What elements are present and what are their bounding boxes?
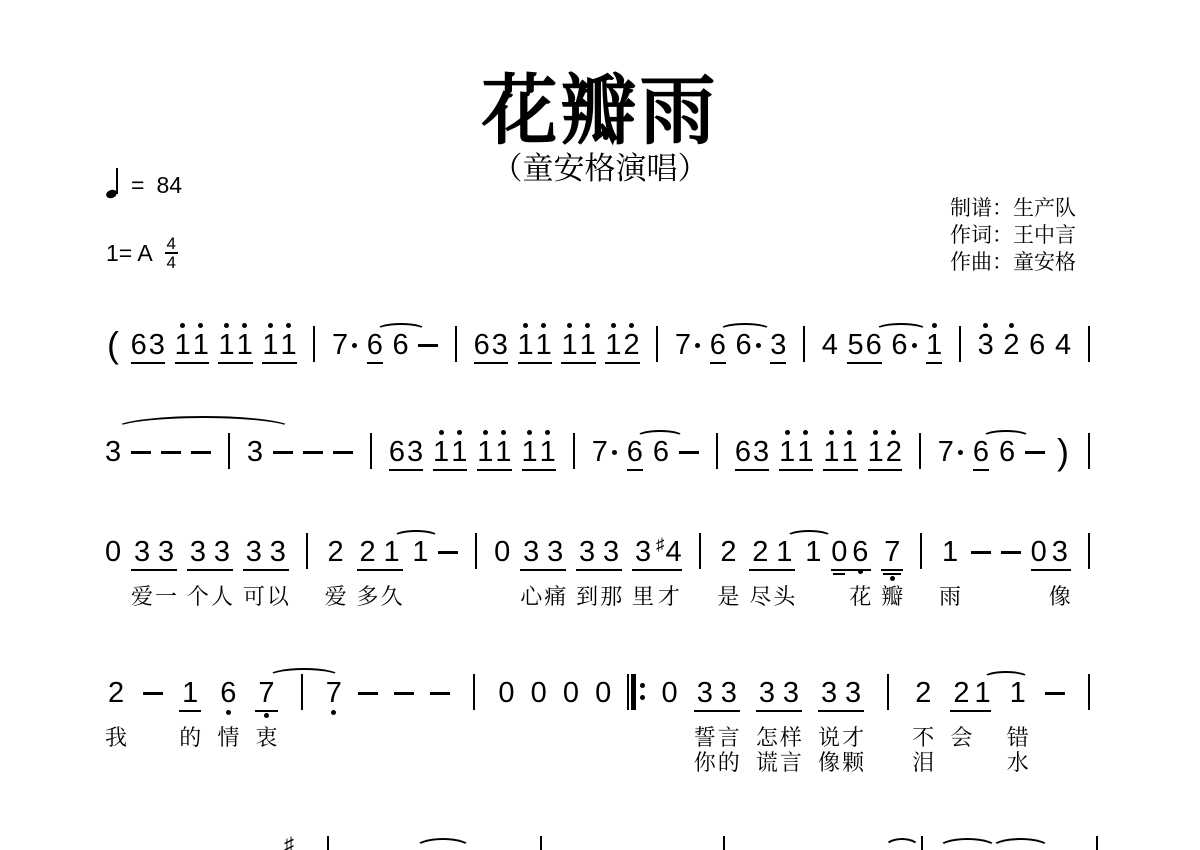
octave-up-dot [585, 323, 590, 328]
note: 3样言 [779, 670, 803, 775]
beam-line [576, 569, 622, 571]
augmentation-dot [912, 343, 917, 348]
octave-up-dot [611, 323, 616, 328]
barline [467, 529, 485, 579]
barline [795, 322, 813, 372]
note: 1 [535, 322, 553, 372]
barline-mark [716, 433, 718, 469]
tempo-marking: = 84 [106, 168, 182, 198]
note: 6 [709, 322, 727, 372]
rest: 0 [104, 529, 122, 579]
barline [305, 322, 323, 372]
beam-group: 3怎谎3样言 [755, 670, 803, 775]
lyric: 情 [217, 725, 239, 750]
lyric-line2: 言 [780, 750, 802, 775]
lyric-line2: 水 [1007, 750, 1029, 775]
beam-group: 11 [476, 429, 512, 479]
note: 3 [491, 322, 509, 372]
note: 6 [998, 429, 1016, 479]
beam-line [950, 710, 990, 712]
quarter-note-icon [106, 168, 119, 198]
beam-line [561, 362, 595, 364]
lyric: 瓣 [881, 584, 903, 609]
note: 3才颗 [841, 670, 865, 775]
note: 7衷 [254, 670, 278, 750]
duration-dash [437, 529, 459, 579]
note: 7瓣 [880, 529, 904, 609]
octave-down-dot [890, 576, 895, 581]
dash-mark [430, 692, 450, 695]
beam-group: 2多1久 [356, 529, 404, 609]
duration-dash [1024, 429, 1046, 479]
key-label: 1= A [106, 240, 153, 267]
barline-mark [887, 674, 889, 710]
repeat-start-sign [626, 670, 646, 720]
note: 6 [652, 429, 670, 479]
barline [691, 529, 709, 579]
note: 2不泪 [911, 670, 935, 775]
lyric: 里 [632, 584, 654, 609]
partial-barline [723, 836, 725, 850]
credit-lyricist: 作词：王中言 [950, 222, 1076, 249]
beam-line [367, 362, 383, 364]
time-signature-top: 4 [166, 236, 175, 251]
duration-dash [357, 670, 379, 720]
octave-up-dot [803, 430, 808, 435]
note: 3 [977, 322, 995, 372]
octave-up-dot [847, 430, 852, 435]
note: 5 [846, 322, 864, 372]
note: 2 [885, 429, 903, 479]
octave-up-dot [527, 430, 532, 435]
lyric: 才 [842, 725, 864, 750]
note: 3 [246, 429, 264, 479]
note: 6 [734, 322, 761, 372]
lyric: 爱 [131, 584, 153, 609]
note: 7 [674, 322, 701, 372]
tempo-equals: = [131, 172, 144, 198]
beam-group: 03像 [1030, 529, 1072, 609]
note: 1 [517, 322, 535, 372]
beam-group: 3誓你3言的 [693, 670, 741, 775]
note: 1 [539, 429, 557, 479]
note: 7 [937, 429, 964, 479]
note: 6 [366, 322, 384, 372]
note: 1 [604, 322, 622, 372]
augmentation-dot [695, 343, 700, 348]
lyric: 我 [105, 725, 127, 750]
note: 7 [325, 670, 343, 720]
beam-line [474, 362, 508, 364]
lyric: 以 [267, 584, 289, 609]
beam-line [243, 569, 289, 571]
lyric: 多 [357, 584, 379, 609]
note: 1 [411, 529, 429, 579]
lyric: 言 [718, 725, 740, 750]
beam-group: 3说像3才颗 [817, 670, 865, 775]
beam-group: 63 [388, 429, 424, 479]
note: 6情 [216, 670, 240, 750]
octave-up-dot [567, 323, 572, 328]
note: 3言的 [717, 670, 741, 775]
time-signature: 4 4 [165, 236, 178, 270]
octave-up-dot [242, 323, 247, 328]
octave-up-dot [545, 430, 550, 435]
lyric: 雨 [939, 584, 961, 609]
note: 1 [432, 429, 450, 479]
barline [1080, 529, 1098, 579]
rest: 0 [530, 670, 548, 720]
rest: 0 [562, 670, 580, 720]
note: 1 [560, 322, 578, 372]
note: 1 [280, 322, 298, 372]
dash-mark [303, 451, 323, 454]
beam-group: 3里♯4才 [631, 529, 683, 609]
note: 6 [473, 322, 491, 372]
beam-line [179, 710, 201, 712]
duration-dash [1000, 529, 1022, 579]
beam-group: 3到3那 [575, 529, 623, 609]
note: 6 [734, 429, 752, 479]
score-line-3: 03爱3一3个3人3可3以2爱2多1久103心3痛3到3那3里♯4才2是2尽1头… [104, 529, 1098, 609]
barline-mark [803, 326, 805, 362]
beam-line [926, 362, 942, 364]
beam-line [770, 362, 786, 364]
credit-arranger: 制谱：生产队 [950, 195, 1076, 222]
note: 1错水 [1006, 670, 1030, 775]
beam-line [218, 362, 252, 364]
lyric: 久 [381, 584, 403, 609]
barline-mark [313, 326, 315, 362]
beam-line [756, 710, 802, 712]
octave-up-dot [1009, 323, 1014, 328]
octave-up-dot [983, 323, 988, 328]
lyric-line2: 颗 [842, 750, 864, 775]
credits: 制谱：生产队 作词：王中言 作曲：童安格 [950, 195, 1076, 276]
partial-tie-arc [938, 838, 997, 850]
dash-mark [1025, 451, 1045, 454]
note: 1 [796, 429, 814, 479]
barline-mark [370, 433, 372, 469]
octave-up-dot [198, 323, 203, 328]
note: 4 [821, 322, 839, 372]
dash-mark [273, 451, 293, 454]
beam-group: 3心3痛 [519, 529, 567, 609]
dash-mark [333, 451, 353, 454]
note: 6 [626, 429, 644, 479]
barline-mark [473, 674, 475, 710]
note: 3 [752, 429, 770, 479]
partial-tie-arc [991, 838, 1050, 850]
lyric: 说 [818, 725, 840, 750]
duration-dash [417, 322, 439, 372]
parenthesis: ) [1054, 429, 1072, 479]
beam-line [131, 362, 165, 364]
barline [648, 322, 666, 372]
beam-group: 06花 [830, 529, 872, 609]
note: 3 [769, 322, 787, 372]
barline [447, 322, 465, 372]
beam-line [847, 362, 881, 364]
note: 6 [972, 429, 990, 479]
beam-line [823, 469, 857, 471]
lyric: 头 [773, 584, 795, 609]
beam-line [831, 569, 871, 571]
barline-mark [455, 326, 457, 362]
beam-line [433, 469, 467, 471]
augmentation-dot [352, 343, 357, 348]
octave-up-dot [501, 430, 506, 435]
note: 2爱 [324, 529, 348, 609]
octave-up-dot [873, 430, 878, 435]
note: 1 [450, 429, 468, 479]
dash-mark [131, 451, 151, 454]
note: 6 [130, 322, 148, 372]
barline [1080, 322, 1098, 372]
beam-line [522, 469, 556, 471]
octave-up-dot [457, 430, 462, 435]
dash-mark [1045, 692, 1065, 695]
rest: 0 [661, 670, 679, 720]
note: 3 [148, 322, 166, 372]
note: 1 [476, 429, 494, 479]
beam-line-2 [883, 573, 901, 575]
barline [879, 670, 897, 720]
beam-group: 12 [604, 322, 640, 372]
barline-mark [1088, 433, 1090, 469]
note: 7 [591, 429, 618, 479]
barline-mark [919, 433, 921, 469]
score-line-4: 2我1的6情7衷7000003誓你3言的3怎谎3样言3说像3才颗2不泪2会11错… [104, 670, 1098, 775]
octave-up-dot [439, 430, 444, 435]
beam-line [262, 362, 296, 364]
dash-mark [1001, 551, 1021, 554]
beam-line [255, 710, 277, 712]
beam-line [357, 569, 403, 571]
note: 1 [174, 322, 192, 372]
octave-up-dot [268, 323, 273, 328]
note: 3 [104, 429, 122, 479]
note: 1 [236, 322, 254, 372]
barline [298, 529, 316, 579]
lyric: 到 [576, 584, 598, 609]
beam-line [710, 362, 726, 364]
dash-mark [161, 451, 181, 454]
beam-group: 11 [432, 429, 468, 479]
lyric: 样 [780, 725, 802, 750]
duration-dash [393, 670, 415, 720]
duration-dash [1044, 670, 1066, 720]
barline-mark [228, 433, 230, 469]
beam-line [973, 469, 989, 471]
note: 3怎谎 [755, 670, 779, 775]
credit-composer: 作曲：童安格 [950, 249, 1076, 276]
octave-up-dot [224, 323, 229, 328]
beam-group: 11 [517, 322, 553, 372]
note: 1 [867, 429, 885, 479]
key-signature: 1= A 4 4 [106, 236, 178, 270]
rest: 0 [594, 670, 612, 720]
note: 1 [521, 429, 539, 479]
beam-group: 11 [778, 429, 814, 479]
sharp-icon: ♯ [656, 535, 665, 555]
lyric: 誓 [694, 725, 716, 750]
note: 6 [392, 322, 410, 372]
dash-mark [394, 692, 414, 695]
dash-mark [438, 551, 458, 554]
partial-tie-arc [884, 838, 920, 850]
note: 1 [822, 429, 840, 479]
dash-mark [191, 451, 211, 454]
beam-group: 63 [473, 322, 509, 372]
lyric: 才 [658, 584, 680, 609]
rest: 0 [497, 670, 515, 720]
note: 4 [1054, 322, 1072, 372]
note: 1 [494, 429, 512, 479]
lyric: 爱 [325, 584, 347, 609]
lyric-line2: 像 [818, 750, 840, 775]
note: 7 [331, 322, 358, 372]
dash-mark [418, 344, 438, 347]
note: 1 [192, 322, 210, 372]
barline-mark [306, 533, 308, 569]
note: 1 [261, 322, 279, 372]
lyric-line2: 谎 [756, 750, 778, 775]
beam-line [694, 710, 740, 712]
barline [708, 429, 726, 479]
beam-line [1031, 569, 1071, 571]
beam-group: 63 [734, 429, 770, 479]
barline [1080, 429, 1098, 479]
duration-dash [429, 670, 451, 720]
note: 1雨 [938, 529, 962, 609]
barline [1080, 670, 1098, 720]
beam-group: 2会1 [949, 670, 991, 750]
octave-down-dot [226, 710, 231, 715]
partial-tie-arc [415, 838, 471, 850]
note: 1 [841, 429, 859, 479]
barline [220, 429, 238, 479]
beam-line [749, 569, 795, 571]
dash-mark [971, 551, 991, 554]
barline [293, 670, 311, 720]
beam-line [818, 710, 864, 712]
beam-line [131, 569, 177, 571]
partial-barline [327, 836, 329, 850]
barline-mark [699, 533, 701, 569]
beam-group: 11 [261, 322, 297, 372]
octave-up-dot [829, 430, 834, 435]
lyric: 心 [520, 584, 542, 609]
beam-group: 11 [560, 322, 596, 372]
note: 1 [579, 322, 597, 372]
beam-group: 11 [521, 429, 557, 479]
octave-down-dot [331, 710, 336, 715]
partial-sharp-icon: ♯ [284, 834, 294, 850]
duration-dash [678, 429, 700, 479]
beam-group: 3爱3一 [130, 529, 178, 609]
note: 1 [804, 529, 822, 579]
beam-group: 3个3人 [186, 529, 234, 609]
duration-dash [970, 529, 992, 579]
beam-group: 11 [217, 322, 253, 372]
barline-mark [920, 533, 922, 569]
lyric: 是 [717, 584, 739, 609]
beam-line [187, 569, 233, 571]
note: 3说像 [817, 670, 841, 775]
note: 1 [925, 322, 943, 372]
barline-mark [1088, 326, 1090, 362]
beam-line [881, 569, 903, 571]
beam-group: 2尽1头 [748, 529, 796, 609]
octave-up-dot [629, 323, 634, 328]
beam-group: 56 [846, 322, 882, 372]
note: 6 [890, 322, 917, 372]
augmentation-dot [612, 450, 617, 455]
note: 2是 [716, 529, 740, 609]
lyric: 错 [1007, 725, 1029, 750]
barline-mark [573, 433, 575, 469]
barline [912, 529, 930, 579]
beam-line [389, 469, 423, 471]
beam-line [632, 569, 682, 571]
duration-dash [302, 429, 324, 479]
note: 6 [865, 322, 883, 372]
augmentation-dot [756, 343, 761, 348]
note: 2 [1002, 322, 1020, 372]
rest: 0 [493, 529, 511, 579]
note: 3誓你 [693, 670, 717, 775]
octave-down-dot [264, 713, 269, 718]
barline-mark [959, 326, 961, 362]
barline-mark [301, 674, 303, 710]
partial-barline [921, 836, 923, 850]
octave-up-dot [286, 323, 291, 328]
time-signature-bottom: 4 [166, 255, 175, 270]
lyric: 像 [1049, 584, 1071, 609]
score-line-1: (63111111766631111127663456613264 [104, 322, 1098, 372]
barline [362, 429, 380, 479]
beam-line [520, 569, 566, 571]
note: 1 [778, 429, 796, 479]
duration-dash [190, 429, 212, 479]
duration-dash [332, 429, 354, 479]
note: 2我 [104, 670, 128, 750]
lyric: 可 [243, 584, 265, 609]
lyric-line2: 泪 [912, 750, 934, 775]
dash-mark [679, 451, 699, 454]
lyric: 一 [155, 584, 177, 609]
repeat-icon [627, 674, 645, 710]
octave-up-dot [180, 323, 185, 328]
octave-up-dot [541, 323, 546, 328]
lyric-line2: 你 [694, 750, 716, 775]
duration-dash [130, 429, 152, 479]
beam-line [868, 469, 902, 471]
note: 6 [1028, 322, 1046, 372]
barline-mark [1088, 674, 1090, 710]
beam-line [175, 362, 209, 364]
lyric: 那 [600, 584, 622, 609]
tempo-bpm: 84 [156, 172, 182, 198]
barline [911, 429, 929, 479]
lyric: 怎 [756, 725, 778, 750]
barline [565, 429, 583, 479]
lyric: 衷 [255, 725, 277, 750]
note: 1的 [178, 670, 202, 750]
beam-line-2 [833, 573, 845, 575]
score-line-2: 336311111176663111112766) [104, 429, 1098, 479]
